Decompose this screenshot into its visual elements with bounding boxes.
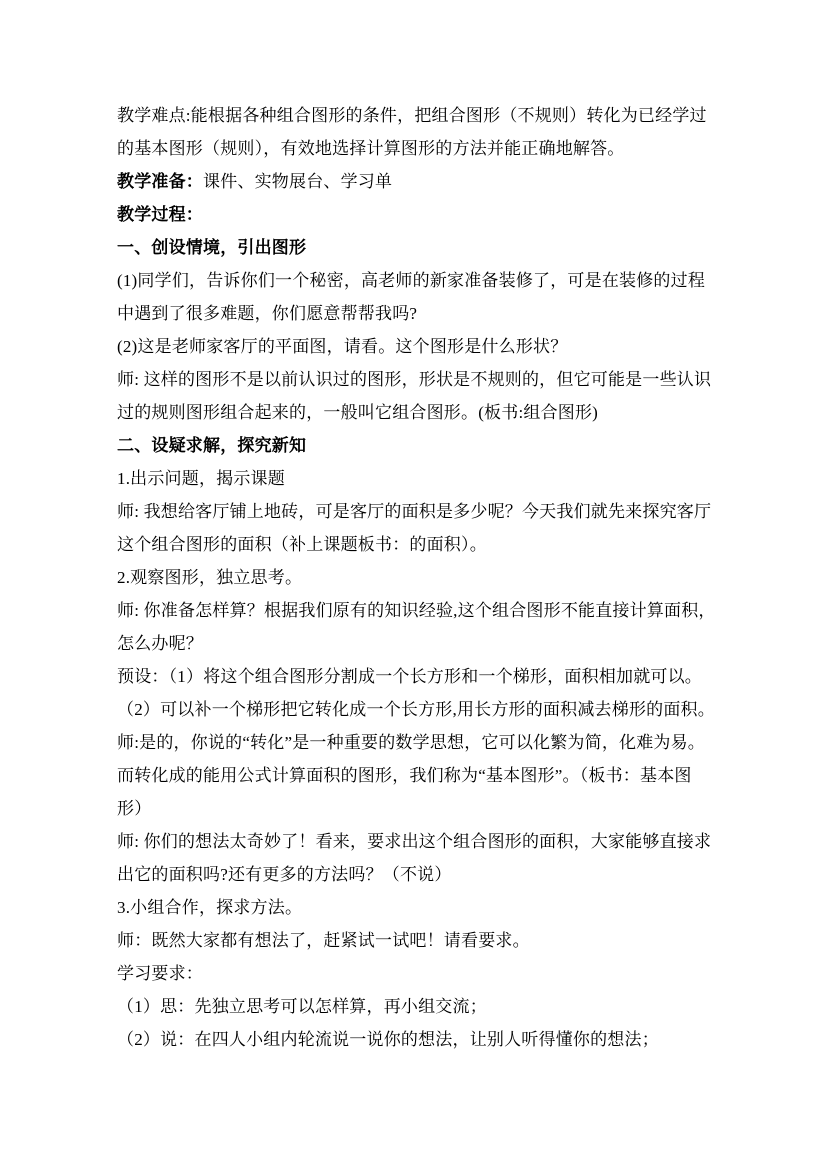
text-line: 中遇到了很多难题，你们愿意帮帮我吗?: [117, 297, 709, 330]
text-line: （2）可以补一个梯形把它转化成一个长方形,用长方形的面积减去梯形的面积。: [117, 693, 709, 726]
text-line: 师: 我想给客厅铺上地砖，可是客厅的面积是多少呢？今天我们就先来探究客厅: [117, 495, 709, 528]
text-line-bold-prefix: 教学准备：: [117, 172, 203, 191]
text-line: 怎么办呢？: [117, 627, 709, 660]
text-line: 师: 你们的想法太奇妙了！看来，要求出这个组合图形的面积，大家能够直接求: [117, 825, 709, 858]
text-line: （1）思：先独立思考可以怎样算，再小组交流；: [117, 990, 709, 1023]
text-line: 的基本图形（规则），有效地选择计算图形的方法并能正确地解答。: [117, 132, 709, 165]
text-line: 1.出示问题，揭示课题: [117, 462, 709, 495]
text-line-rest: 课件、实物展台、学习单: [203, 172, 392, 191]
text-line: 出它的面积吗?还有更多的方法吗？（不说）: [117, 858, 709, 891]
text-line: （2）说：在四人小组内轮流说一说你的想法，让别人听得懂你的想法；: [117, 1023, 709, 1056]
document-page: 教学难点:能根据各种组合图形的条件，把组合图形（不规则）转化为已经学过的基本图形…: [0, 0, 827, 1170]
text-line: 3.小组合作，探求方法。: [117, 891, 709, 924]
text-line: 师: 你准备怎样算？根据我们原有的知识经验,这个组合图形不能直接计算面积，: [117, 594, 709, 627]
text-line: 师：既然大家都有想法了，赶紧试一试吧！请看要求。: [117, 924, 709, 957]
text-line: 教学难点:能根据各种组合图形的条件，把组合图形（不规则）转化为已经学过: [117, 99, 709, 132]
text-line: 2.观察图形，独立思考。: [117, 561, 709, 594]
text-line: 形）: [117, 792, 709, 825]
text-line: 二、设疑求解，探究新知: [117, 429, 709, 462]
text-line: (2)这是老师家客厅的平面图，请看。这个图形是什么形状？: [117, 330, 709, 363]
text-line: 学习要求：: [117, 957, 709, 990]
text-line: 预设：（1）将这个组合图形分割成一个长方形和一个梯形，面积相加就可以。: [117, 660, 709, 693]
text-line: 师:是的，你说的“转化”是一种重要的数学思想，它可以化繁为简，化难为易。: [117, 726, 709, 759]
text-line: (1)同学们，告诉你们一个秘密，高老师的新家准备装修了，可是在装修的过程: [117, 264, 709, 297]
text-line: 这个组合图形的面积（补上课题板书：的面积）。: [117, 528, 709, 561]
text-line: 而转化成的能用公式计算面积的图形，我们称为“基本图形”。（板书：基本图: [117, 759, 709, 792]
text-line: 师: 这样的图形不是以前认识过的图形，形状是不规则的，但它可能是一些认识: [117, 363, 709, 396]
text-line: 过的规则图形组合起来的，一般叫它组合图形。(板书:组合图形): [117, 396, 709, 429]
document-body: 教学难点:能根据各种组合图形的条件，把组合图形（不规则）转化为已经学过的基本图形…: [117, 99, 709, 1056]
text-line: 教学准备：课件、实物展台、学习单: [117, 165, 709, 198]
text-line: 一、创设情境，引出图形: [117, 231, 709, 264]
text-line: 教学过程：: [117, 198, 709, 231]
